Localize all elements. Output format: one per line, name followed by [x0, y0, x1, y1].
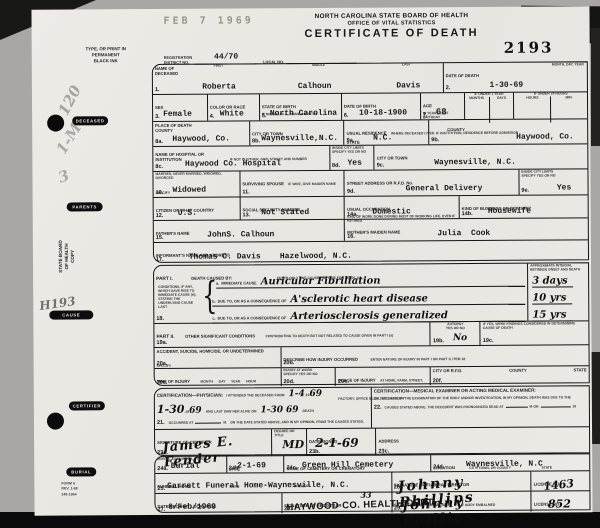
cause-c-value: Arteriosclerosis generalized: [290, 310, 448, 322]
field-number: 3.: [155, 114, 160, 120]
field-number: 2.: [446, 85, 451, 91]
hole-punch-bottom: [47, 413, 64, 430]
field-ssn: SOCIAL SECURITY NUMBER 13. Not Stated: [240, 197, 345, 220]
field-label: NAME OF DECEASED: [155, 66, 185, 76]
cause-b-label: DUE TO, OR AS A CONSEQUENCE OF: [218, 299, 287, 305]
field-degree-or-title: DEGREE OR TITLE MD: [272, 429, 307, 456]
cause-c-prefix: c.: [212, 317, 215, 323]
field-industry: KIND OF BUSINESS OR INDUSTRY 14b. Housew…: [460, 195, 588, 218]
field-value: Burial: [171, 462, 200, 471]
interval-c: 15 yrs: [532, 309, 572, 321]
registration-district-row: REGISTRATION DISTRICT NO. 44/70 LOCAL NO…: [164, 45, 357, 65]
field-value: 2-1-69: [237, 461, 266, 470]
field-place-of-injury: PLACE OF INJURY AT HOME, FARM, STREET, F…: [336, 367, 431, 386]
field-label: SURVIVING SPOUSE: [242, 181, 284, 186]
field-autopsy: AUTOPSY YES OR NO 19b. No: [431, 322, 481, 345]
field-value: Green Hill Cemetery: [302, 461, 393, 471]
field-value-middle: Calhoun: [298, 82, 332, 91]
form-title: CERTIFICATE OF DEATH: [260, 27, 524, 41]
me-basis-text: ON THE BASIS OF THE EXAMINATION OF THE B…: [374, 396, 587, 401]
field-number: 8a.: [155, 139, 163, 145]
field-number: 8d.: [332, 163, 340, 169]
interval-label-line2: BETWEEN ONSET AND DEATH: [530, 268, 586, 272]
field-hospital: NAME OF HOSPITAL OR INSTITUTION IF NOT I…: [153, 146, 330, 171]
field-label: COUNTY: [447, 126, 585, 132]
field-value: Waynesville, N.C: [466, 460, 543, 469]
field-number: 24d.: [433, 464, 444, 470]
row-marital-spouse-address: MARRIED, NEVER MARRIED, WIDOWED, DIVORCE…: [153, 169, 587, 198]
physician-attended-text: I ATTENDED THE DECEASED FROM: [226, 394, 284, 398]
field-funeral-home: FUNERAL HOME NAME ADDRESS 25. Garrett Fu…: [155, 473, 392, 493]
field-number: 22.: [374, 405, 382, 411]
field-value: Housewife: [488, 207, 531, 216]
field-pod-inside-city-limits: INSIDE CITY LIMITS SPECIFY YES OR NO 8d.…: [330, 146, 375, 170]
field-value: Haywood, Co.: [516, 132, 574, 141]
field-label: DATE OF DEATH: [446, 73, 479, 78]
field-cemetery-location: LOCATION CITY, TOWN, OR COUNTY STATE 24d…: [431, 454, 589, 471]
field-number: 19a.: [156, 340, 167, 346]
field-embalmer-signature: SIGNATURE OF EMBALMER IF BODY EMBALMED 2…: [392, 492, 532, 513]
field-findings-considered: IF YES, WERE FINDINGS CONSIDERED IN DETE…: [481, 321, 589, 345]
field-father-name: FATHER'S NAME 15. JohnS. Calhoun: [154, 220, 346, 242]
last-saw-alive-text: AND LAST SAW HER ALIVE ON: [206, 410, 257, 414]
physician-cert-title: CERTIFICATION—PHYSICIAN:: [157, 393, 223, 399]
field-label: CITY OR TOWN: [377, 155, 408, 160]
field-cemetery-name: NAME OF CEMETERY OR CREMATORY 24c. Green…: [285, 455, 432, 472]
field-how-injury-occurred: DESCRIBE HOW INJURY OCCURRED ENTER NATUR…: [281, 345, 588, 367]
field-label: MOTHER'S MAIDEN NAME: [347, 229, 400, 234]
death-word: DEATH: [303, 410, 314, 414]
field-injury-at-work: INJURY AT WORK SPECIFY YES OR NO 20d.: [281, 368, 336, 386]
field-number: 25.: [157, 486, 165, 492]
field-label: ADDRESS: [378, 438, 399, 443]
field-value: Widowed: [172, 186, 206, 195]
field-number: 20f.: [433, 378, 443, 384]
registrar-handwritten-number: 33: [360, 490, 371, 500]
field-value: North Carolina: [270, 109, 337, 118]
field-accident-suicide-homicide: ACCIDENT, SUICIDE, HOMICIDE, OR UNDETERM…: [155, 347, 282, 368]
me-m-on: M ON: [530, 406, 539, 410]
field-number: 17.: [156, 257, 164, 263]
margin-scribble-3: 3: [56, 166, 72, 187]
margin-scribble-1: 120: [54, 82, 84, 118]
field-funeral-director-signature: SIGNATURE OF FUNERAL DIRECTOR 26. Johnny…: [392, 472, 532, 492]
print-instruction-line3: BLACK INK: [70, 58, 142, 64]
registration-district-number: 44/70: [214, 52, 238, 61]
field-date-received: DATE REC'D BY LOCAL REG. 27. 6/Feb/1969: [155, 493, 282, 514]
field-label: IF YES, WERE FINDINGS CONSIDERED IN DETE…: [483, 322, 587, 330]
attended-to-year: 69: [189, 406, 202, 416]
field-number: 27.: [157, 507, 165, 513]
certificate-number: 2193: [504, 39, 554, 57]
field-number: 13.: [242, 212, 250, 218]
field-state-of-birth: STATE OF BIRTH IF NOT IN U.S.A., NAME CO…: [260, 94, 342, 121]
cause-line-a: a. IMMEDIATE CAUSE Auricular Fibrillatio…: [216, 274, 525, 289]
me-19: 19: [572, 406, 576, 410]
cause-a-value: Auricular Fibrillation: [261, 276, 381, 288]
field-number: 15.: [156, 235, 164, 241]
column-middle: MIDDLE: [312, 64, 325, 68]
field-label: ACCIDENT, SUICIDE, HOMICIDE, OR UNDETERM…: [157, 348, 279, 354]
field-value-first: Roberta: [202, 82, 236, 91]
field-label: AGE: [423, 103, 432, 108]
field-columns: MONTH DAY YEAR HOUR: [201, 379, 257, 383]
field-date-of-birth: DATE OF BIRTH 6. 10-18-1900: [342, 93, 421, 119]
field-date-signed: DATE SIGNED 23b. 2-1-69: [307, 429, 377, 456]
field-number: 9e.: [521, 188, 529, 194]
field-number: 24c.: [287, 465, 298, 471]
cause-c-label: DUE TO, OR AS A CONSEQUENCE OF: [218, 316, 287, 322]
field-value: 6/Feb/1969: [168, 503, 216, 512]
scan-edge-right-top: [591, 28, 600, 146]
copy-designation-line3: COPY: [70, 226, 76, 286]
copy-designation: STATE BOARD OF HEALTH COPY: [58, 226, 76, 286]
field-value: Thomas C. Davis Hazelwood, N.C.: [189, 252, 352, 262]
margin-tab-cause: CAUSE: [49, 310, 93, 319]
row-certifications: CERTIFICATION—PHYSICIAN: I ATTENDED THE …: [155, 386, 589, 430]
opinion-text: ON THE DATE STATED ABOVE, AND IN MY OPIN…: [230, 421, 364, 426]
field-number: 19b.: [433, 338, 444, 344]
row-accident: ACCIDENT, SUICIDE, HOMICIDE, OR UNDETERM…: [155, 345, 589, 369]
field-part2-conditions: PART II. OTHER SIGNIFICANT CONDITIONS CO…: [154, 322, 431, 347]
field-value: White: [220, 109, 244, 118]
field-time-of-injury: TIME OF INJURY MONTH DAY YEAR HOUR 20c.: [155, 368, 282, 387]
margin-tab-burial: BURIAL: [66, 467, 96, 476]
attended-from-date: 1-4: [288, 389, 304, 399]
field-sublabel: YES OR NO: [433, 327, 478, 331]
field-label: STREET ADDRESS OR R.F.D. No.: [347, 180, 413, 185]
cause-line-b: b. DUE TO, OR AS A CONSEQUENCE OF A'scle…: [212, 292, 525, 307]
field-street-address: STREET ADDRESS OR R.F.D. No. 9d. General…: [345, 170, 520, 196]
field-value: Not Stated: [261, 208, 309, 217]
field-sublabel: SPECIFY YES OR NO: [332, 151, 372, 155]
field-value: U.S.: [178, 209, 197, 218]
field-place-of-death-county: PLACE OF DEATH COUNTY 8a. Haywood, Co.: [153, 121, 250, 146]
field-sex: SEX 3. Female: [153, 95, 208, 121]
field-res-inside-city-limits: INSIDE CITY LIMITS SPECIFY YES OR NO 9e.…: [519, 169, 587, 194]
field-value: 68: [436, 107, 447, 117]
field-number: 7.: [423, 112, 428, 118]
print-instruction: TYPE, OR PRINT IN PERMANENT BLACK INK: [70, 46, 142, 64]
field-citizen: CITIZEN OF WHAT COUNTRY 12. U.S.: [154, 197, 241, 220]
field-label: COUNTY: [155, 127, 247, 133]
last-saw-year: 69: [286, 405, 299, 415]
field-number: 12.: [156, 213, 164, 219]
field-sublabel: MONTH, DAY, YEAR: [552, 63, 584, 67]
field-value: Haywood Co. Hospital: [185, 159, 281, 169]
field-embalmer-license: LICENSE NO. 852: [532, 491, 590, 511]
field-number: 11.: [242, 189, 249, 195]
field-value: Domestic: [372, 207, 410, 216]
field-number: 24a.: [157, 466, 168, 472]
field-number: 9d.: [347, 189, 355, 195]
field-number: 29.: [394, 505, 402, 511]
row-informant: INFORMANT'S NAME AND ADDRESS 17. Thomas …: [154, 240, 588, 264]
field-residence-county: COUNTY 9b. Haywood, Co.: [429, 119, 587, 144]
row-certifier-signature: SIGNATURE OF CERTIFIER 23a. James E. Fen…: [155, 427, 589, 457]
field-mother-maiden-name: MOTHER'S MAIDEN NAME 16. Julia Cook: [345, 218, 588, 240]
field-value: 1-30-69: [489, 81, 523, 90]
field-if-under-24-hours: IF UNDER 24 HOURS HOURS MIN.: [514, 92, 587, 118]
column-last: LAST: [402, 63, 411, 67]
field-number: 20a.: [157, 361, 168, 367]
row-funeral-home: FUNERAL HOME NAME ADDRESS 25. Garrett Fu…: [155, 471, 589, 494]
row-citizen-ssn-occupation: CITIZEN OF WHAT COUNTRY 12. U.S. SOCIAL …: [154, 195, 588, 221]
part1-label: PART I.: [156, 277, 173, 282]
death-certificate-document: TYPE, OR PRINT IN PERMANENT BLACK INK DE…: [31, 6, 592, 515]
column-first: FIRST: [214, 65, 224, 69]
field-surviving-spouse: SURVIVING SPOUSE IF WIFE, GIVE MAIDEN NA…: [240, 171, 345, 197]
cause-a-prefix: a.: [216, 282, 219, 288]
field-number: 21.: [157, 420, 165, 426]
field-label-county: COUNTY: [509, 368, 527, 373]
cause-a-label: IMMEDIATE CAUSE: [221, 282, 256, 288]
form-number-line3: 148-1964: [61, 492, 77, 497]
last-saw-date: 1-30: [260, 405, 283, 415]
field-value: Yes: [557, 183, 571, 192]
field-interval-column: APPROXIMATE INTERVAL BETWEEN ONSET AND D…: [528, 263, 588, 320]
me-cert-title: CERTIFICATION—MEDICAL EXAMINER OR ACTING…: [374, 387, 587, 394]
hole-punch-top: [47, 115, 64, 132]
field-number: 8c.: [155, 164, 163, 170]
row-registrar: DATE REC'D BY LOCAL REG. 27. 6/Feb/1969 …: [155, 491, 589, 514]
field-certification-medical-examiner: CERTIFICATION—MEDICAL EXAMINER OR ACTING…: [372, 386, 589, 427]
field-number: 16.: [347, 234, 355, 240]
form-header: NORTH CAROLINA STATE BOARD OF HEALTH OFF…: [259, 12, 523, 41]
field-number: 20b.: [283, 360, 294, 366]
field-age: AGE IN YEARS LAST BIRTHDAY 7. 68: [421, 93, 465, 119]
field-name-of-deceased: NAME OF DECEASED FIRST MIDDLE LAST 1. Ro…: [153, 63, 444, 94]
me-pronounced-text: CAUSES STATED ABOVE. THE DECEDENT WAS PR…: [385, 406, 504, 411]
field-number: 10.: [156, 190, 164, 196]
field-number: 14a.: [347, 212, 358, 218]
row-parents: FATHER'S NAME 15. JohnS. Calhoun MOTHER'…: [154, 218, 588, 243]
field-residence-state: USUAL RESIDENCE WHERE DECEASED LIVED. IF…: [345, 120, 430, 145]
field-usual-occupation: USUAL OCCUPATION KIND OF WORK DONE DURIN…: [345, 196, 460, 219]
field-value: No: [453, 333, 467, 343]
field-number: 20e.: [338, 379, 349, 385]
field-value-last: Davis: [396, 81, 420, 90]
field-part1-causes: PART I. DEATH CAUSED BY: ENTER ONLY ONE …: [154, 264, 528, 323]
field-value: Garrett Funeral Home-Waynesville, N.C.: [167, 481, 349, 491]
field-number: 14b.: [462, 211, 473, 217]
form-number-note: FORM 6 REV. 1-68 148-1964: [61, 481, 77, 497]
field-value: Waynesville, N.C.: [434, 158, 516, 167]
field-value: Haywood, Co.: [172, 134, 230, 143]
field-burial-cremation: BURIAL, CREMATION, OTHER 24a. Burial: [155, 457, 227, 473]
conditions-note: CONDITIONS, IF ANY, WHICH GAVE RISE TO I…: [158, 286, 200, 310]
field-number: 20d.: [283, 379, 294, 385]
field-marital-status: MARRIED, NEVER MARRIED, WIDOWED, DIVORCE…: [153, 171, 240, 197]
field-label-city: CITY OR R.F.D.: [433, 368, 463, 373]
field-signature-of-certifier: SIGNATURE OF CERTIFIER 23a. James E. Fen…: [155, 429, 272, 457]
section-certification: CERTIFICATION—PHYSICIAN: I ATTENDED THE …: [154, 385, 590, 456]
row-injury-details: TIME OF INJURY MONTH DAY YEAR HOUR 20c. …: [155, 366, 589, 387]
section-cause-of-death: PART I. DEATH CAUSED BY: ENTER ONLY ONE …: [153, 262, 590, 386]
field-value: Waynesville,N.C.: [261, 134, 338, 143]
part2-title: OTHER SIGNIFICANT CONDITIONS: [185, 333, 255, 338]
field-date-of-death: DATE OF DEATH MONTH, DAY, YEAR 2. 1-30-6…: [444, 62, 587, 92]
field-number: 8b.: [252, 138, 260, 144]
interval-a: 3 days: [532, 275, 573, 287]
field-director-license: LICENSE NO. 1463: [532, 471, 590, 490]
field-value: 10-18-1900: [359, 108, 407, 117]
interval-b: 10 yrs: [532, 292, 572, 304]
field-number: 9b.: [431, 137, 439, 143]
field-number: 6.: [344, 113, 349, 119]
m-word: M.: [223, 422, 227, 426]
field-burial-date: DATE 24b. 2-1-69: [227, 456, 285, 472]
section-burial: BURIAL, CREMATION, OTHER 24a. Burial DAT…: [154, 453, 590, 513]
field-value: Yes: [347, 159, 361, 168]
field-number: 19c.: [483, 338, 494, 344]
field-if-under-1-year: IF UNDER 1 YEAR MONTHS DAYS: [465, 93, 515, 119]
field-sublabel: SPECIFY YES OR NO: [283, 373, 333, 377]
field-residence-city: CITY OR TOWN 9c. Waynesville, N.C.: [375, 144, 588, 169]
field-place-of-death-city: CITY OR TOWN 8b. Waynesville,N.C.: [250, 121, 345, 146]
row-part2-autopsy: PART II. OTHER SIGNIFICANT CONDITIONS CO…: [154, 321, 588, 348]
field-number: 1.: [155, 87, 160, 93]
field-number: 9a.: [347, 138, 355, 144]
cause-b-value: A'sclerotic heart disease: [290, 293, 427, 305]
received-date-stamp: FEB 7 1969: [164, 15, 254, 27]
license-number-value: 852: [548, 497, 571, 510]
field-value: General Delivery: [406, 184, 483, 193]
field-color-or-race: COLOR OR RACE 4. White: [208, 94, 260, 120]
field-informant: INFORMANT'S NAME AND ADDRESS 17. Thomas …: [154, 240, 588, 264]
field-number: 9c.: [377, 163, 385, 169]
margin-tab-parents: PARENTS: [67, 202, 103, 211]
row-hospital: NAME OF HOSPITAL OR INSTITUTION IF NOT I…: [153, 144, 587, 172]
cause-b-prefix: b.: [212, 300, 215, 306]
date-signed-value: 2-1-69: [315, 436, 358, 450]
field-label: MARRIED, NEVER MARRIED, WIDOWED, DIVORCE…: [155, 172, 237, 180]
field-injury-location: CITY OR R.F.D. COUNTY STATE 20f.: [431, 366, 589, 385]
field-label-state: STATE: [574, 367, 587, 372]
field-number: 4.: [210, 114, 215, 120]
row-name-dod: NAME OF DECEASED FIRST MIDDLE LAST 1. Ro…: [153, 62, 587, 95]
occurred-at-text: OCCURRED AT: [169, 422, 194, 426]
field-value: Julia Cook: [437, 229, 490, 238]
field-certifier-address: ADDRESS 23c.: [376, 427, 589, 455]
row-place-of-death-residence: PLACE OF DEATH COUNTY 8a. Haywood, Co. C…: [153, 119, 587, 147]
field-number: 5.: [262, 113, 267, 119]
margin-tab-certifier: CERTIFIER: [69, 401, 105, 410]
degree-value: MD: [282, 438, 304, 451]
field-sublabel: ENTER NATURE OF INJURY IN PART I OR PART…: [370, 357, 465, 362]
section-deceased: NAME OF DECEASED FIRST MIDDLE LAST 1. Ro…: [152, 61, 589, 263]
field-label: DEGREE OR TITLE: [274, 430, 304, 438]
registration-district-value: 44/70: [195, 45, 257, 64]
field-value: N.C.: [373, 134, 392, 143]
attended-from-year: 69: [309, 389, 322, 399]
attended-to-date: 1-30: [157, 403, 185, 416]
field-value: JohnS. Calhoun: [207, 230, 274, 239]
field-value: Female: [163, 110, 192, 119]
field-sublabel: IF WIFE, GIVE MAIDEN NAME: [288, 182, 336, 186]
part2-note: CONTRIBUTING TO DEATH BUT NOT RELATED TO…: [265, 334, 393, 339]
field-certification-physician: CERTIFICATION—PHYSICIAN: I ATTENDED THE …: [155, 388, 372, 429]
field-sublabel: SPECIFY YES OR NO: [521, 174, 585, 178]
row-part1: PART I. DEATH CAUSED BY: ENTER ONLY ONE …: [154, 263, 588, 324]
field-registrar-signature: SIGNATURE OF REGISTRAR 28. 33 HAYWOOD CO…: [282, 493, 392, 514]
part1-number: 18.: [156, 316, 164, 322]
field-number: 20c.: [157, 380, 168, 386]
row-sex-race-birth: SEX 3. Female COLOR OR RACE 4. White STA…: [153, 92, 587, 122]
